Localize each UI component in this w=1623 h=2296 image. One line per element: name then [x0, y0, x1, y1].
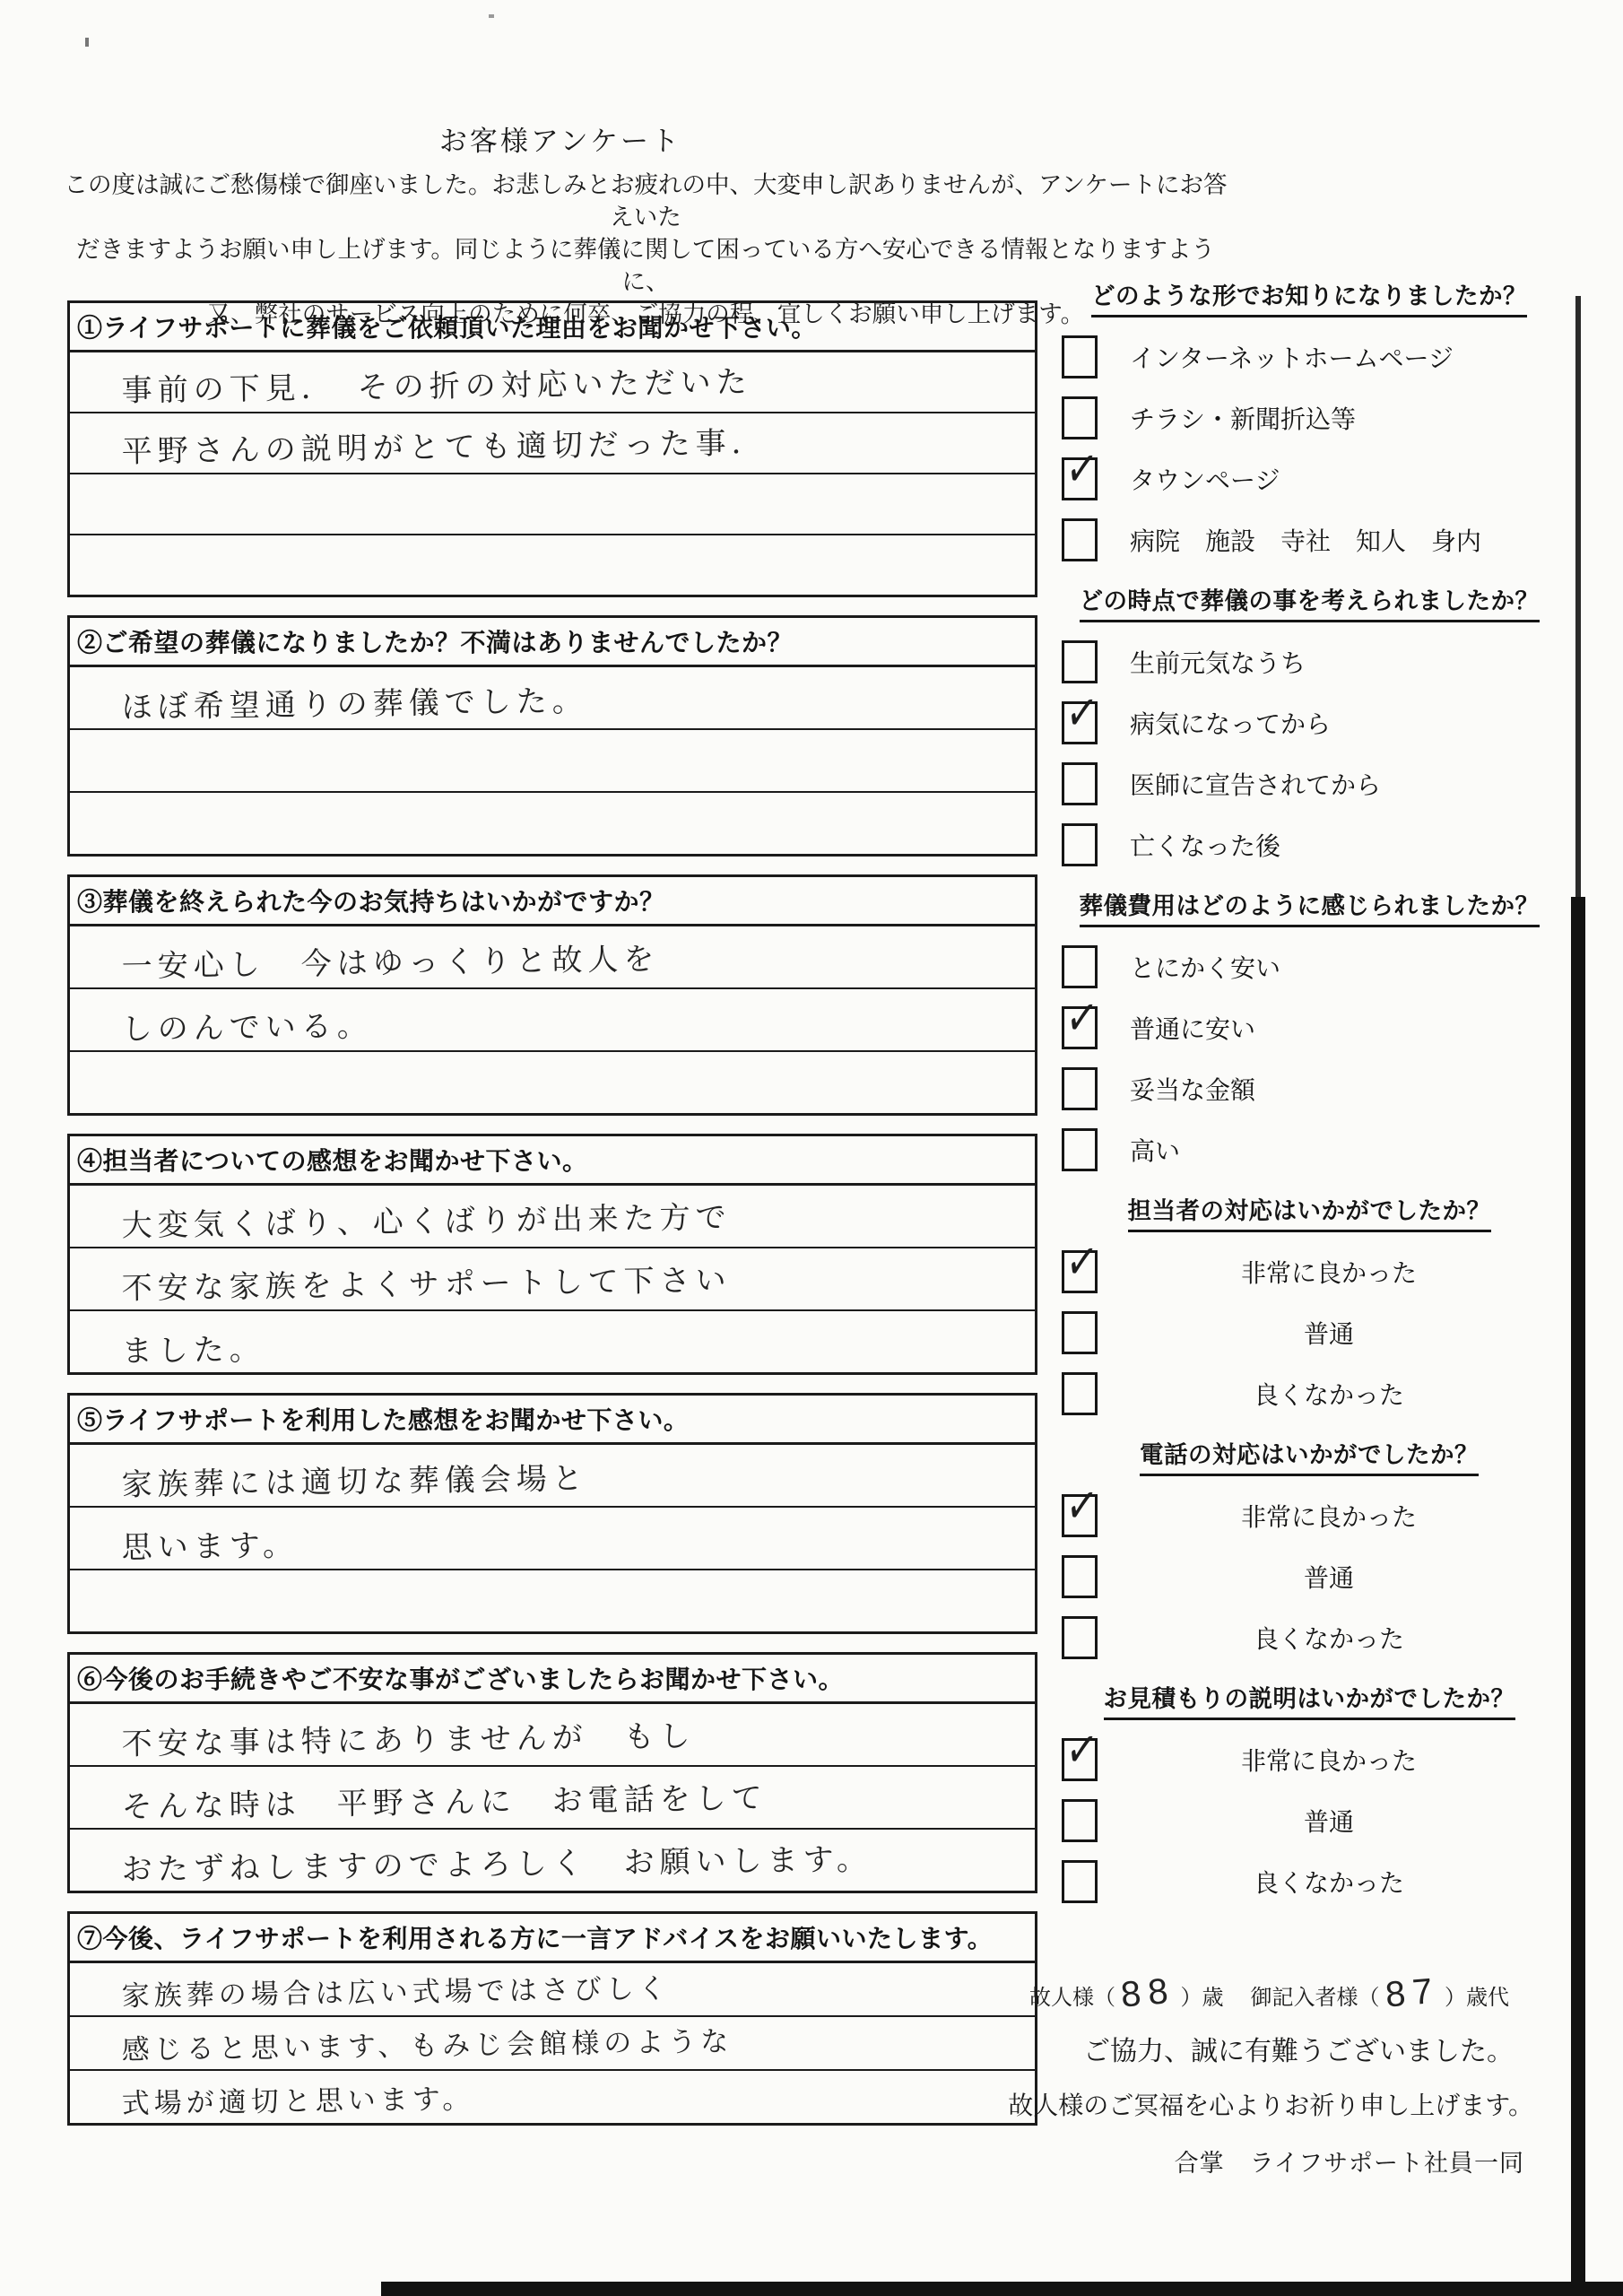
age-line: 故人様（88）歳御記入者様（87）歳代: [1029, 1973, 1567, 2013]
question-box-2: ②ご希望の葬儀になりましたか？不満はありませんでしたか？ ほぼ希望通りの葬儀でし…: [67, 615, 1037, 857]
handwritten-answer: しのんでいる。: [121, 1001, 373, 1048]
option-not-good: ✓ 良くなかった: [1058, 1607, 1560, 1668]
section-funeral-cost: 葬儀費用はどのように感じられましたか？ ✓ とにかく安い ✓ 普通に安い ✓ 妥…: [1058, 890, 1560, 1180]
question-column: ①ライフサポートに葬儀をご依頼頂いた理由をお聞かせ下さい。 事前の下見． その折…: [67, 300, 1037, 2144]
checkbox: ✓: [1062, 1738, 1098, 1781]
option-label: 病院 施設 寺社 知人 身内: [1130, 522, 1481, 558]
handwritten-answer: 不安な事は特にありませんが もし: [121, 1711, 696, 1763]
answer-row: [70, 535, 1035, 595]
answer-row: ほぼ希望通りの葬儀でした。: [70, 667, 1035, 730]
writer-age-value: 87: [1384, 1970, 1441, 2015]
answer-row: おたずねしますのでよろしく お願いします。: [70, 1830, 1035, 1891]
checkbox: ✓: [1062, 640, 1098, 683]
handwritten-answer: ほぼ希望通りの葬儀でした。: [121, 676, 588, 726]
section-title-wrap: どの時点で葬儀の事を考えられましたか？: [1058, 585, 1560, 622]
option-normal: ✓ 普通: [1058, 1790, 1560, 1851]
handwritten-answer: そんな時は 平野さんに お電話をして: [121, 1773, 768, 1826]
option-label: 非常に良かった: [1098, 1742, 1560, 1778]
answer-row: ました。: [70, 1311, 1035, 1372]
section-title: 担当者の対応はいかがでしたか？: [1128, 1195, 1491, 1232]
option-while-healthy: ✓ 生前元気なうち: [1058, 631, 1560, 692]
option-very-good: ✓ 非常に良かった: [1058, 1241, 1560, 1302]
question-label: ③葬儀を終えられた今のお気持ちはいかがですか？: [70, 877, 1035, 926]
option-label: 医師に宣告されてから: [1130, 766, 1381, 802]
checkbox: ✓: [1062, 1555, 1098, 1598]
answer-row: 思います。: [70, 1508, 1035, 1570]
checkbox: ✓: [1062, 518, 1098, 561]
answer-row: 家族葬には適切な葬儀会場と: [70, 1445, 1035, 1508]
handwritten-answer: ました。: [121, 1325, 265, 1370]
answer-row: [70, 1052, 1035, 1113]
question-box-7: ⑦今後、ライフサポートを利用される方に一言アドバイスをお願いいたします。 家族葬…: [67, 1911, 1037, 2126]
answer-row: 不安な事は特にありませんが もし: [70, 1704, 1035, 1767]
section-phone-response: 電話の対応はいかがでしたか？ ✓ 非常に良かった ✓ 普通 ✓ 良くなかった: [1058, 1439, 1560, 1668]
answer-row: 大変気くばり、心くばりが出来た方で: [70, 1186, 1035, 1248]
checkbox-column: どのような形でお知りになりましたか？ ✓ インターネットホームページ ✓ チラシ…: [1058, 280, 1560, 1926]
handwritten-answer: 感じると思います、もみじ会館様のような: [121, 2018, 733, 2067]
answer-row: [70, 474, 1035, 535]
checkbox: ✓: [1062, 396, 1098, 439]
handwritten-answer: 式場が適切と思います。: [121, 2076, 474, 2121]
question-box-6: ⑥今後のお手続きやご不安な事がございましたらお聞かせ下さい。 不安な事は特にあり…: [67, 1652, 1037, 1893]
scan-artifact-right-line: [1575, 296, 1581, 897]
page-title: お客様アンケート: [67, 118, 1054, 159]
option-label: 病気になってから: [1130, 705, 1331, 741]
question-label: ②ご希望の葬儀になりましたか？不満はありませんでしたか？: [70, 618, 1035, 667]
answer-row: [70, 730, 1035, 793]
deceased-age-label: 故人様（: [1029, 1979, 1115, 2011]
option-label: 生前元気なうち: [1130, 644, 1306, 680]
answer-row: [70, 1570, 1035, 1631]
handwritten-answer: 思います。: [121, 1520, 299, 1567]
handwritten-answer: 一安心し 今はゆっくりと故人を: [121, 935, 659, 986]
section-staff-response: 担当者の対応はいかがでしたか？ ✓ 非常に良かった ✓ 普通 ✓ 良くなかった: [1058, 1195, 1560, 1424]
question-box-1: ①ライフサポートに葬儀をご依頼頂いた理由をお聞かせ下さい。 事前の下見． その折…: [67, 300, 1037, 597]
question-label: ⑥今後のお手続きやご不安な事がございましたらお聞かせ下さい。: [70, 1655, 1035, 1704]
handwritten-answer: 家族葬の場合は広い式場ではさびしく: [121, 1965, 671, 2013]
answer-row: 一安心し 今はゆっくりと故人を: [70, 926, 1035, 989]
deceased-age-value: 88: [1119, 1970, 1176, 2015]
answer-row: そんな時は 平野さんに お電話をして: [70, 1767, 1035, 1830]
prayer-message: 故人様のご冥福を心よりお祈り申し上げます。: [906, 2086, 1533, 2122]
option-reasonable: ✓ 妥当な金額: [1058, 1058, 1560, 1119]
checkbox: ✓: [1062, 701, 1098, 744]
question-label: ⑦今後、ライフサポートを利用される方に一言アドバイスをお願いいたします。: [70, 1914, 1035, 1963]
option-not-good: ✓ 良くなかった: [1058, 1363, 1560, 1424]
option-very-cheap: ✓ とにかく安い: [1058, 936, 1560, 997]
handwritten-answer: 事前の下見． その折の対応いただいた: [121, 357, 752, 410]
checkbox: ✓: [1062, 1067, 1098, 1110]
scan-speck: [85, 38, 89, 47]
checkmark-icon: ✓: [1063, 1479, 1099, 1533]
intro-line: この度は誠にご愁傷様で御座いました。お悲しみとお疲れの中、大変申し訳ありませんが…: [54, 169, 1237, 233]
option-label: 良くなかった: [1098, 1376, 1560, 1412]
option-internet-homepage: ✓ インターネットホームページ: [1058, 326, 1560, 387]
option-label: 非常に良かった: [1098, 1254, 1560, 1290]
thanks-message: ご協力、誠に有難うございました。: [1029, 2029, 1567, 2068]
handwritten-answer: おたずねしますのでよろしく お願いします。: [121, 1834, 872, 1889]
option-normal: ✓ 普通: [1058, 1546, 1560, 1607]
option-very-good: ✓ 非常に良かった: [1058, 1485, 1560, 1546]
option-label: 非常に良かった: [1098, 1498, 1560, 1534]
question-box-4: ④担当者についての感想をお聞かせ下さい。 大変気くばり、心くばりが出来た方で 不…: [67, 1134, 1037, 1375]
checkmark-icon: ✓: [1063, 1235, 1099, 1289]
option-label: 高い: [1130, 1132, 1180, 1168]
option-label: とにかく安い: [1130, 949, 1280, 985]
option-after-doctor-notice: ✓ 医師に宣告されてから: [1058, 753, 1560, 814]
section-title: どのような形でお知りになりましたか？: [1091, 280, 1527, 317]
option-expensive: ✓ 高い: [1058, 1119, 1560, 1180]
option-not-good: ✓ 良くなかった: [1058, 1851, 1560, 1912]
option-normally-cheap: ✓ 普通に安い: [1058, 997, 1560, 1058]
writer-age-suffix: ）歳代: [1445, 1979, 1509, 2011]
answer-row: しのんでいる。: [70, 989, 1035, 1052]
answer-row: 感じると思います、もみじ会館様のような: [70, 2017, 1035, 2071]
question-label: ⑤ライフサポートを利用した感想をお聞かせ下さい。: [70, 1396, 1035, 1445]
section-title: 葬儀費用はどのように感じられましたか？: [1080, 890, 1540, 927]
option-label: 普通: [1098, 1803, 1560, 1839]
checkbox: ✓: [1062, 1616, 1098, 1659]
checkmark-icon: ✓: [1063, 442, 1099, 496]
section-title: 電話の対応はいかがでしたか？: [1140, 1439, 1479, 1476]
handwritten-answer: 平野さんの説明がとても適切だった事．: [121, 418, 768, 471]
scan-artifact-right-bar: [1571, 897, 1585, 2296]
checkbox: ✓: [1062, 1006, 1098, 1049]
checkbox: ✓: [1062, 457, 1098, 500]
section-estimate-explanation: お見積もりの説明はいかがでしたか？ ✓ 非常に良かった ✓ 普通 ✓ 良くなかっ…: [1058, 1683, 1560, 1912]
answer-row: [70, 793, 1035, 854]
option-label: 普通に安い: [1130, 1010, 1255, 1046]
question-box-5: ⑤ライフサポートを利用した感想をお聞かせ下さい。 家族葬には適切な葬儀会場と 思…: [67, 1393, 1037, 1634]
option-label: インターネットホームページ: [1130, 339, 1454, 375]
option-label: 妥当な金額: [1130, 1071, 1255, 1107]
scan-speck: [489, 14, 494, 18]
option-after-illness: ✓ 病気になってから: [1058, 692, 1560, 753]
question-label: ④担当者についての感想をお聞かせ下さい。: [70, 1136, 1035, 1186]
signoff-message: 合掌 ライフサポート社員一同: [906, 2144, 1524, 2179]
answer-row: 平野さんの説明がとても適切だった事．: [70, 413, 1035, 474]
section-title-wrap: お見積もりの説明はいかがでしたか？: [1058, 1683, 1560, 1720]
section-when-considered: どの時点で葬儀の事を考えられましたか？ ✓ 生前元気なうち ✓ 病気になってから…: [1058, 585, 1560, 875]
option-label: 普通: [1098, 1559, 1560, 1595]
checkbox: ✓: [1062, 1799, 1098, 1842]
section-title-wrap: どのような形でお知りになりましたか？: [1058, 280, 1560, 317]
option-town-pages: ✓ タウンページ: [1058, 448, 1560, 509]
answer-row: 家族葬の場合は広い式場ではさびしく: [70, 1963, 1035, 2017]
option-normal: ✓ 普通: [1058, 1302, 1560, 1363]
section-title-wrap: 葬儀費用はどのように感じられましたか？: [1058, 890, 1560, 927]
checkmark-icon: ✓: [1063, 686, 1099, 740]
checkbox: ✓: [1062, 1128, 1098, 1171]
checkbox: ✓: [1062, 823, 1098, 866]
handwritten-answer: 不安な家族をよくサポートして下さい: [121, 1256, 732, 1308]
question-box-3: ③葬儀を終えられた今のお気持ちはいかがですか？ 一安心し 今はゆっくりと故人を …: [67, 874, 1037, 1116]
checkbox: ✓: [1062, 1372, 1098, 1415]
writer-age-label: 御記入者様（: [1251, 1979, 1380, 2011]
section-title-wrap: 電話の対応はいかがでしたか？: [1058, 1439, 1560, 1476]
option-after-passing: ✓ 亡くなった後: [1058, 814, 1560, 875]
scan-artifact-bottom-bar: [381, 2282, 1623, 2296]
handwritten-answer: 大変気くばり、心くばりが出来た方で: [121, 1193, 732, 1245]
deceased-age-suffix: ）歳: [1181, 1979, 1224, 2011]
checkbox: ✓: [1062, 1250, 1098, 1293]
question-label: ①ライフサポートに葬儀をご依頼頂いた理由をお聞かせ下さい。: [70, 303, 1035, 352]
answer-row: 式場が適切と思います。: [70, 2071, 1035, 2123]
handwritten-answer: 家族葬には適切な葬儀会場と: [121, 1454, 588, 1504]
checkbox: ✓: [1062, 1494, 1098, 1537]
option-label: 良くなかった: [1098, 1864, 1560, 1900]
checkbox: ✓: [1062, 945, 1098, 988]
answer-row: 不安な家族をよくサポートして下さい: [70, 1248, 1035, 1311]
section-how-did-you-learn: どのような形でお知りになりましたか？ ✓ インターネットホームページ ✓ チラシ…: [1058, 280, 1560, 570]
checkbox: ✓: [1062, 1311, 1098, 1354]
option-label: チラシ・新聞折込等: [1130, 400, 1356, 436]
checkmark-icon: ✓: [1063, 991, 1099, 1045]
checkbox: ✓: [1062, 762, 1098, 805]
option-very-good: ✓ 非常に良かった: [1058, 1729, 1560, 1790]
option-label: 普通: [1098, 1315, 1560, 1351]
option-label: タウンページ: [1130, 461, 1280, 497]
checkbox: ✓: [1062, 335, 1098, 378]
option-label: 亡くなった後: [1130, 827, 1280, 863]
section-title: どの時点で葬儀の事を考えられましたか？: [1080, 585, 1540, 622]
section-title-wrap: 担当者の対応はいかがでしたか？: [1058, 1195, 1560, 1232]
section-title: お見積もりの説明はいかがでしたか？: [1104, 1683, 1515, 1720]
option-flyer-newspaper: ✓ チラシ・新聞折込等: [1058, 387, 1560, 448]
checkmark-icon: ✓: [1063, 1723, 1099, 1777]
checkbox: ✓: [1062, 1860, 1098, 1903]
option-label: 良くなかった: [1098, 1620, 1560, 1656]
option-hospital-etc: ✓ 病院 施設 寺社 知人 身内: [1058, 509, 1560, 570]
answer-row: 事前の下見． その折の対応いただいた: [70, 352, 1035, 413]
